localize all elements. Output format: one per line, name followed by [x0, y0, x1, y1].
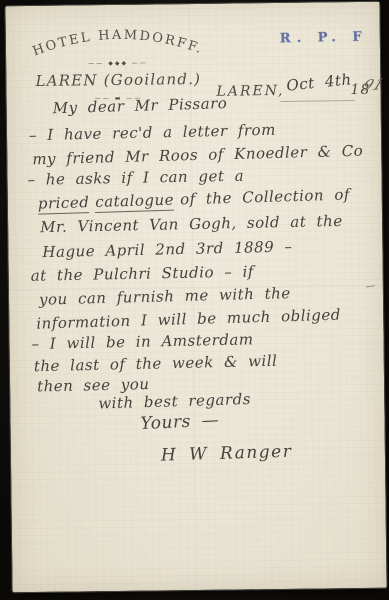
blue-stamp: R. P. F [280, 30, 368, 47]
underlined-word: catalogue [95, 191, 174, 213]
margin-mark [366, 285, 375, 287]
body-line: Hague April 2nd 3rd 1889 – [42, 238, 292, 262]
hotel-name-arc: HOTEL HAMDORFF. [16, 14, 221, 64]
body-line: my friend Mr Roos of Knoedler & Co [32, 142, 363, 169]
closing-yours: Yours — [140, 410, 220, 434]
body-line: then see you [37, 375, 150, 395]
body-line-text: of the Collection of [180, 185, 350, 208]
location-line: LAREN (Gooiland.) [16, 70, 220, 90]
body-line: at the Pulchri Studio – if [31, 263, 255, 285]
letter-paper: HOTEL HAMDORFF. —— ◆◆◆ —— LAREN (Gooilan… [5, 2, 386, 593]
body-line: Mr. Vincent Van Gogh, sold at the [40, 212, 343, 236]
photo-background: HOTEL HAMDORFF. —— ◆◆◆ —— LAREN (Gooilan… [0, 0, 389, 600]
signature: H W Ranger [161, 442, 293, 466]
salutation: My dear Mr Pissaro [52, 94, 227, 117]
body-line: – he asks if I can get a [27, 167, 244, 189]
ornament-top: —— ◆◆◆ —— [16, 59, 220, 69]
letterhead: HOTEL HAMDORFF. —— ◆◆◆ —— LAREN (Gooilan… [16, 14, 221, 104]
year-handwritten: 91 [359, 75, 387, 94]
body-line: information I will be much obliged [36, 306, 341, 333]
svg-text:HOTEL HAMDORFF.: HOTEL HAMDORFF. [31, 27, 206, 60]
hotel-name: HOTEL HAMDORFF. [31, 27, 206, 60]
body-line: the last of the week & will [34, 352, 278, 376]
body-line: – I will be in Amsterdam [31, 330, 253, 353]
body-line: – I have rec'd a letter from [29, 121, 276, 145]
underlined-word: priced [38, 193, 90, 215]
closing-regards: with best regards [98, 390, 251, 413]
